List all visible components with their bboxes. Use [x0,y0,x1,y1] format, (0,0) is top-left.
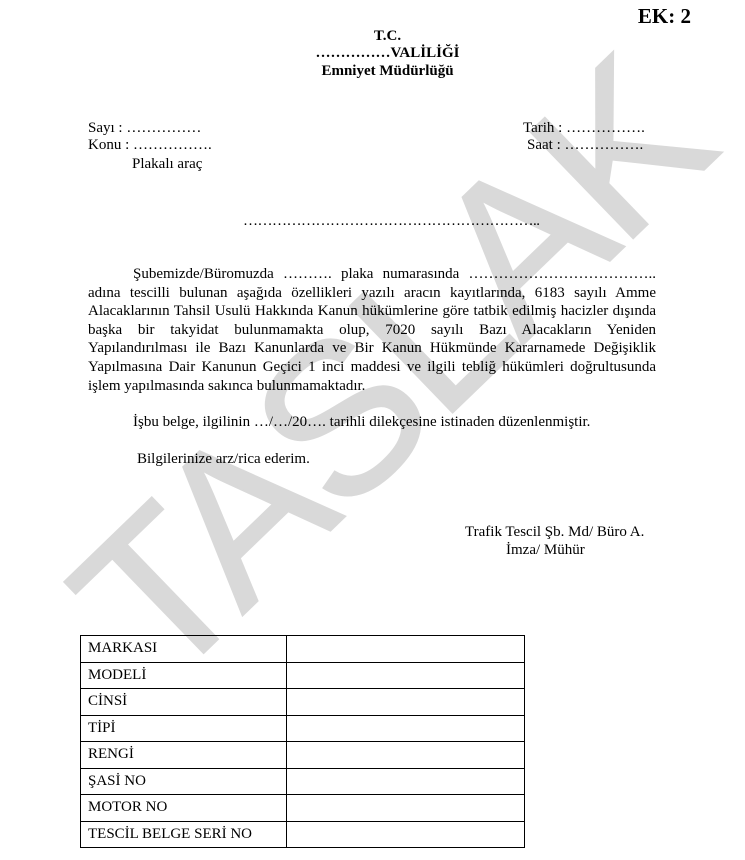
table-row: RENGİ [81,742,525,769]
paragraph-line: Yapılmasına Dair Kanunun Geçici 1 inci m… [88,358,656,377]
row-value[interactable] [287,715,525,742]
header-republic: T.C. [0,28,745,45]
konu-value: Plakalı araç [132,156,202,173]
closing-line: Bilgilerinize arz/rica ederim. [137,451,310,468]
row-value[interactable] [287,742,525,769]
table-row: ŞASİ NO [81,768,525,795]
row-value[interactable] [287,662,525,689]
paragraph-line: adına tescilli bulunan aşağıda özellikle… [88,284,656,303]
paragraph-line: Alacaklarının Tahsil Usulü Hakkında Kanu… [88,302,656,321]
row-value[interactable] [287,795,525,822]
table-row: TESCİL BELGE SERİ NO [81,821,525,848]
paragraph-line: başka bir takyidat bulunmamakta olup, 70… [88,321,656,340]
sayi-field: Sayı : …………… [88,120,201,137]
row-label: TİPİ [81,715,287,742]
row-label: MOTOR NO [81,795,287,822]
row-label: CİNSİ [81,689,287,716]
row-label: RENGİ [81,742,287,769]
body-paragraph-1: Şubemizde/Büromuzda ………. plaka numarasın… [88,265,656,395]
row-label: ŞASİ NO [81,768,287,795]
body-paragraph-2: İşbu belge, ilgilinin …/…/20…. tarihli d… [133,414,590,431]
tarih-field: Tarih : ……………. [523,120,645,137]
table-row: TİPİ [81,715,525,742]
header-police-directorate: Emniyet Müdürlüğü [0,63,745,80]
paragraph-line: Yapılandırılması ile Bazı Kanunlarda ve … [88,339,656,358]
row-label: TESCİL BELGE SERİ NO [81,821,287,848]
addressee-placeholder: …………………………………………………….. [243,213,540,230]
table-row: CİNSİ [81,689,525,716]
annex-label: EK: 2 [638,4,691,29]
row-value[interactable] [287,768,525,795]
header-governorship: ……………VALİLİĞİ [0,45,745,62]
signature-stamp: İmza/ Mühür [506,542,585,559]
paragraph-line: Şubemizde/Büromuzda ………. plaka numarasın… [88,265,656,284]
row-value[interactable] [287,636,525,663]
table-row: MODELİ [81,662,525,689]
saat-field: Saat : ……………. [527,137,643,154]
vehicle-info-table: MARKASIMODELİCİNSİTİPİRENGİŞASİ NOMOTOR … [80,635,525,848]
table-row: MOTOR NO [81,795,525,822]
paragraph-line: işlem yapılmasında sakınca bulunmamaktad… [88,377,656,396]
table-row: MARKASI [81,636,525,663]
signature-unit: Trafik Tescil Şb. Md/ Büro A. [465,524,644,541]
row-label: MARKASI [81,636,287,663]
document-page: EK: 2 T.C. ……………VALİLİĞİ Emniyet Müdürlü… [0,0,745,860]
row-value[interactable] [287,689,525,716]
row-value[interactable] [287,821,525,848]
konu-field: Konu : ……………. [88,137,212,154]
row-label: MODELİ [81,662,287,689]
